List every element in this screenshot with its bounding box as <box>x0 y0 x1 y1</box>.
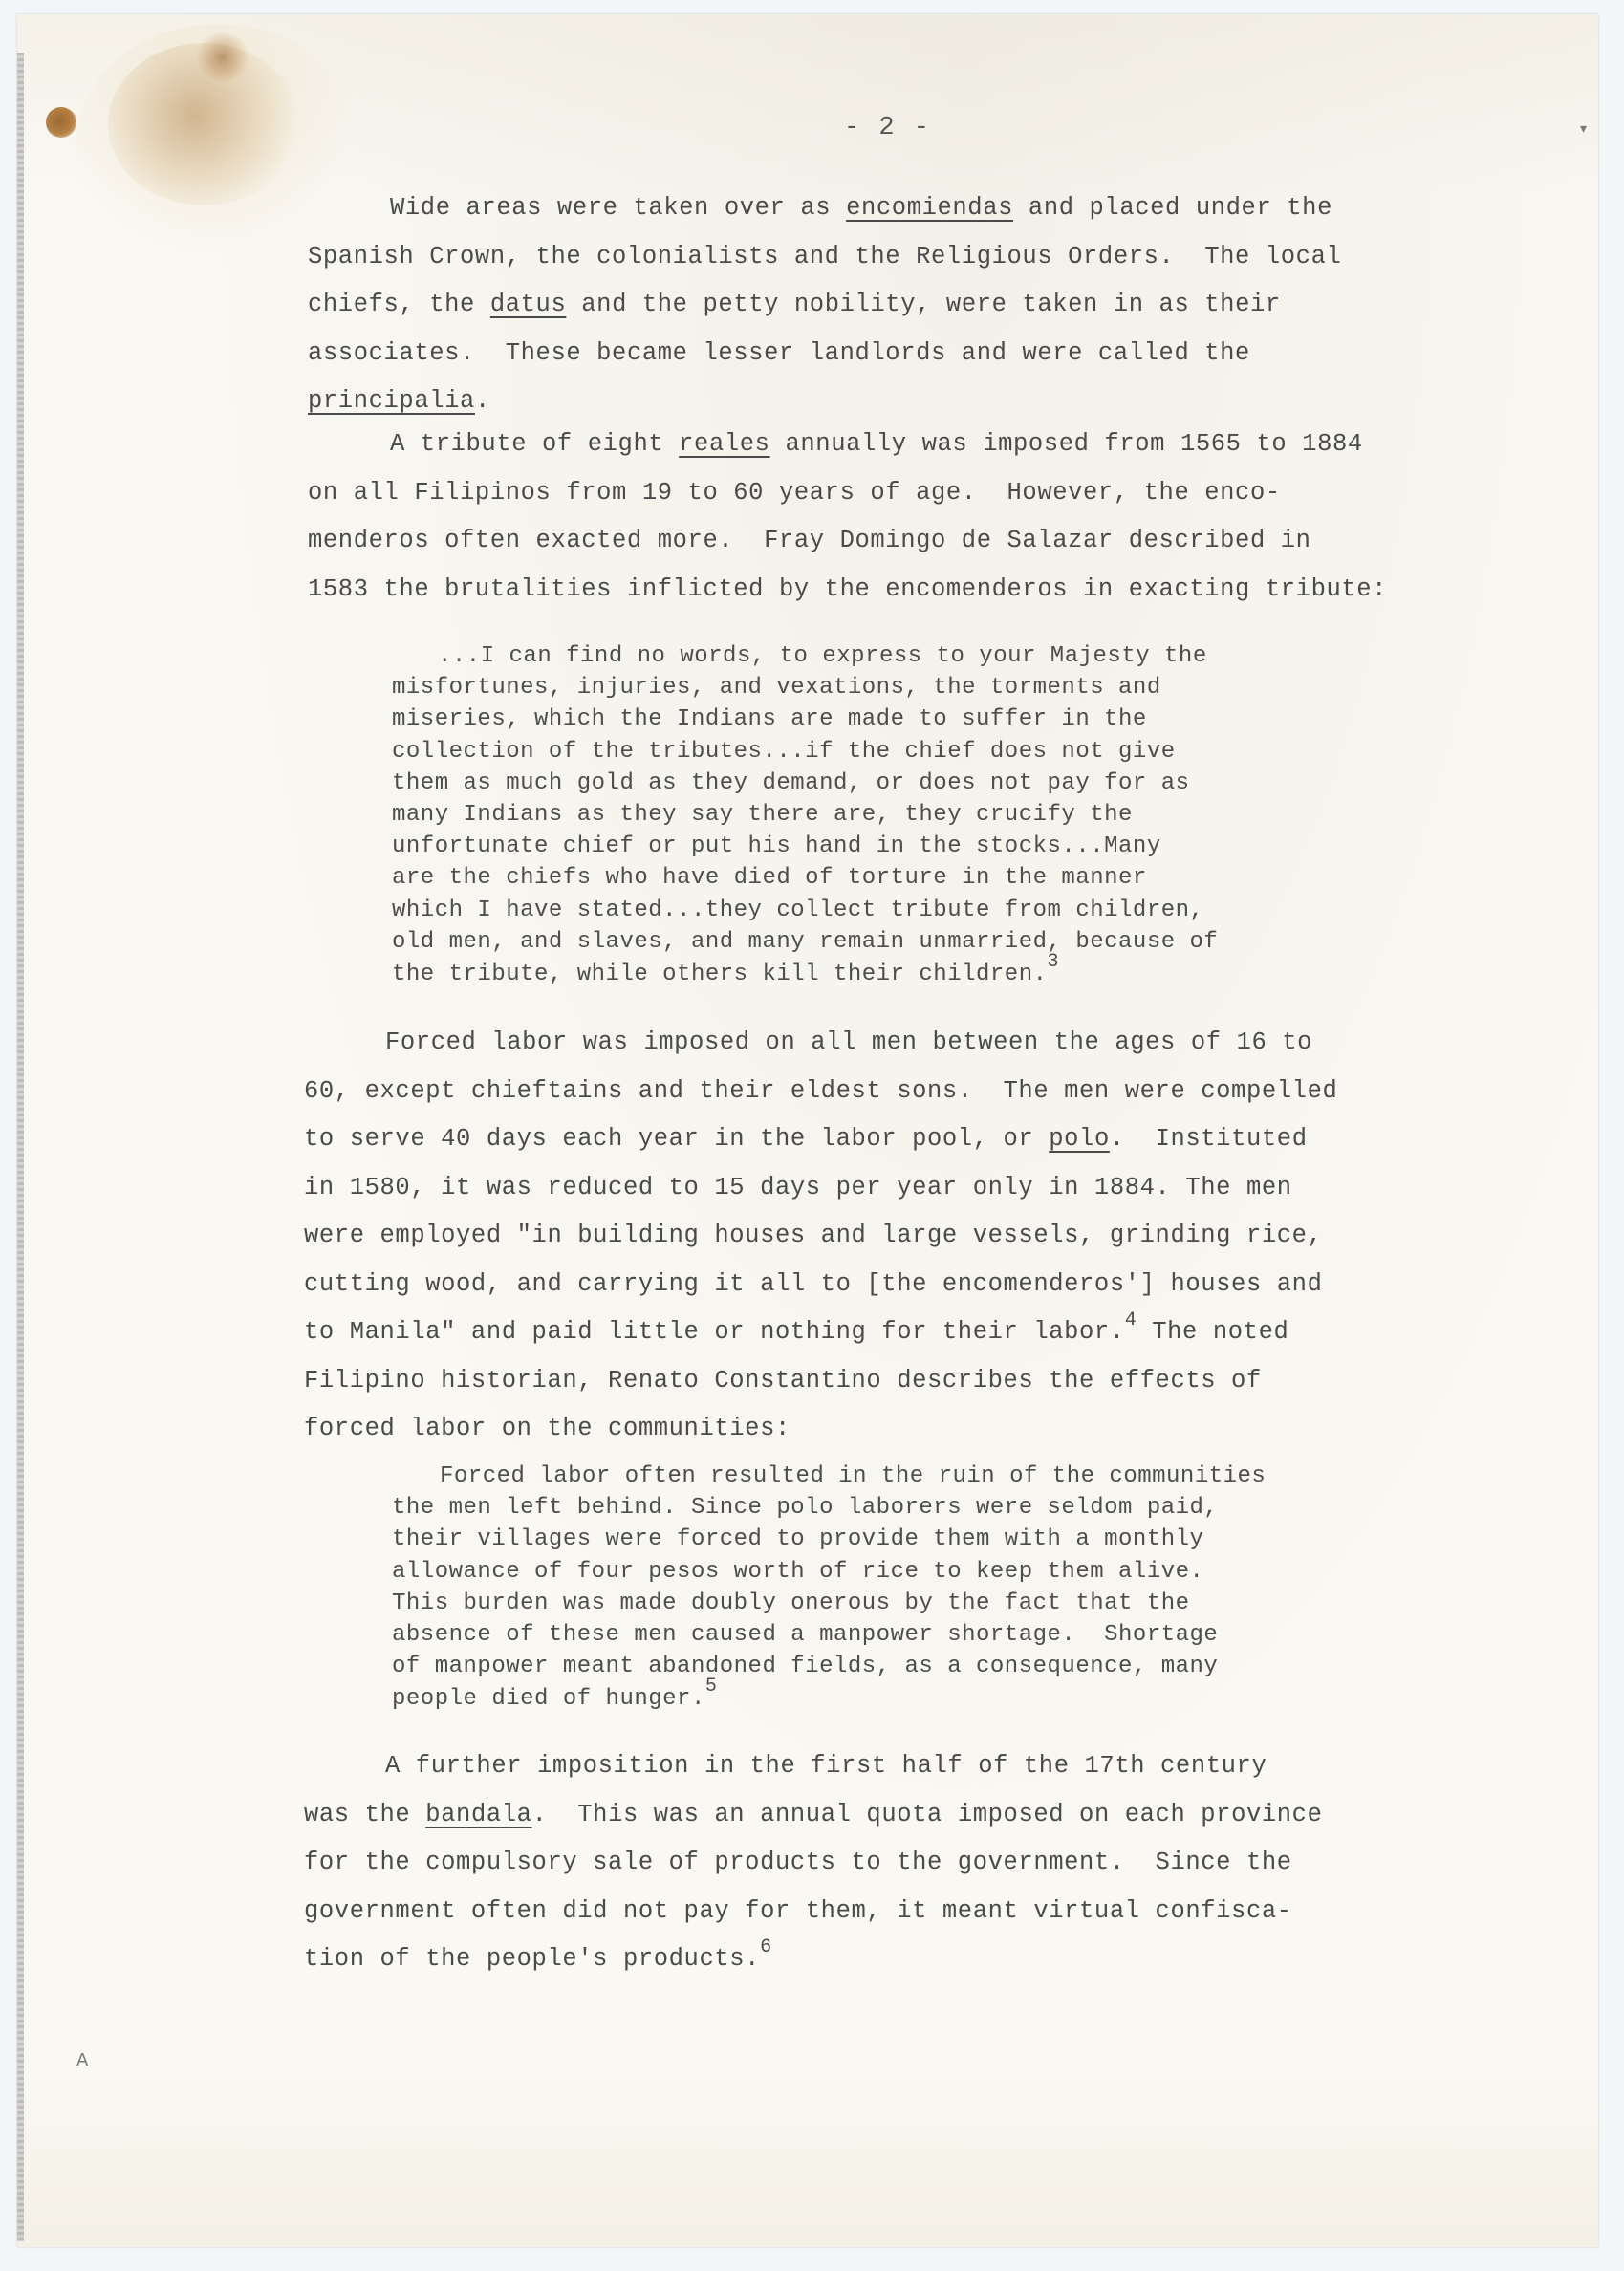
text-line: was the bandala. This was an annual quot… <box>304 1803 1323 1828</box>
text-line: in 1580, it was reduced to 15 days per y… <box>304 1176 1292 1200</box>
underlined-term: polo <box>1049 1125 1110 1153</box>
text-segment: and placed under the <box>1013 194 1332 222</box>
text-segment: to serve 40 days each year in the labor … <box>304 1125 1049 1153</box>
quote-line: miseries, which the Indians are made to … <box>392 708 1147 731</box>
text-line: chiefs, the datus and the petty nobility… <box>308 292 1281 317</box>
text-line: to Manila" and paid little or nothing fo… <box>304 1320 1288 1345</box>
quote-line: are the chiefs who have died of torture … <box>392 867 1147 890</box>
text-line: for the compulsory sale of products to t… <box>304 1850 1292 1875</box>
text-segment: annually was imposed from 1565 to 1884 <box>770 430 1363 458</box>
text-segment: them as much gold as they demand, or doe… <box>392 770 1190 796</box>
underlined-term: reales <box>679 430 769 458</box>
text-segment: people died of hunger. <box>392 1686 705 1712</box>
footnote-ref: 3 <box>1048 951 1060 973</box>
text-segment: ...I can find no words, to express to yo… <box>438 643 1207 669</box>
coffee-stain-dot <box>46 107 76 138</box>
text-segment: . This was an annual quota imposed on ea… <box>532 1801 1323 1828</box>
text-segment: tion of the people's products. <box>304 1945 760 1973</box>
text-line: associates. These became lesser landlord… <box>308 341 1250 366</box>
text-line: principalia. <box>308 389 490 414</box>
text-line: tion of the people's products.6 <box>304 1947 772 1972</box>
text-segment: the men left behind. Since polo laborers… <box>392 1495 1218 1521</box>
text-segment: Wide areas were taken over as <box>390 194 846 222</box>
text-segment: The noted <box>1137 1318 1288 1346</box>
text-segment: and the petty nobility, were taken in as… <box>566 291 1280 318</box>
page-number: - 2 - <box>844 114 931 142</box>
text-segment: in 1580, it was reduced to 15 days per y… <box>304 1174 1292 1201</box>
quote-line: ...I can find no words, to express to yo… <box>438 645 1207 668</box>
text-segment: government often did not pay for them, i… <box>304 1897 1292 1925</box>
text-line: cutting wood, and carrying it all to [th… <box>304 1272 1322 1297</box>
text-segment: associates. These became lesser landlord… <box>308 339 1250 367</box>
text-segment: forced labor on the communities: <box>304 1415 790 1442</box>
text-line: government often did not pay for them, i… <box>304 1899 1292 1924</box>
text-segment: were employed "in building houses and la… <box>304 1222 1322 1249</box>
underlined-term: datus <box>490 291 567 318</box>
text-segment: for the compulsory sale of products to t… <box>304 1849 1292 1876</box>
quote-line: allowance of four pesos worth of rice to… <box>392 1561 1203 1584</box>
quote-line: collection of the tributes...if the chie… <box>392 741 1176 764</box>
quote-line: This burden was made doubly onerous by t… <box>392 1592 1190 1615</box>
document-page: - 2 - Wide areas were taken over as enco… <box>17 14 1598 2247</box>
underlined-term: bandala <box>425 1801 531 1828</box>
text-segment: A tribute of eight <box>390 430 679 458</box>
text-segment: chiefs, the <box>308 291 490 318</box>
text-segment: Spanish Crown, the colonialists and the … <box>308 243 1341 270</box>
quote-line: which I have stated...they collect tribu… <box>392 899 1203 922</box>
text-segment: Forced labor was imposed on all men betw… <box>385 1028 1312 1056</box>
quote-line: the men left behind. Since polo laborers… <box>392 1497 1218 1520</box>
text-segment: misfortunes, injuries, and vexations, th… <box>392 675 1161 701</box>
text-segment: are the chiefs who have died of torture … <box>392 865 1147 891</box>
text-segment: allowance of four pesos worth of rice to… <box>392 1559 1203 1585</box>
footnote-ref: 6 <box>760 1936 772 1958</box>
text-segment: the tribute, while others kill their chi… <box>392 962 1048 987</box>
text-line: A further imposition in the first half o… <box>385 1754 1267 1779</box>
text-segment: was the <box>304 1801 425 1828</box>
text-segment: old men, and slaves, and many remain unm… <box>392 929 1218 955</box>
text-line: were employed "in building houses and la… <box>304 1223 1322 1248</box>
binding-edge <box>17 53 24 2241</box>
footnote-ref: 5 <box>705 1676 718 1698</box>
text-line: Wide areas were taken over as encomienda… <box>390 196 1332 221</box>
quote-line: their villages were forced to provide th… <box>392 1528 1203 1551</box>
text-segment: unfortunate chief or put his hand in the… <box>392 833 1161 859</box>
text-segment: many Indians as they say there are, they… <box>392 802 1133 828</box>
text-segment: miseries, which the Indians are made to … <box>392 706 1147 732</box>
text-segment: absence of these men caused a manpower s… <box>392 1622 1218 1648</box>
text-segment: 1583 the brutalities inflicted by the en… <box>308 575 1387 603</box>
quote-line: of manpower meant abandoned fields, as a… <box>392 1655 1218 1678</box>
text-segment: cutting wood, and carrying it all to [th… <box>304 1270 1322 1298</box>
text-segment: Filipino historian, Renato Constantino d… <box>304 1367 1262 1395</box>
text-line: 1583 the brutalities inflicted by the en… <box>308 577 1387 602</box>
text-segment: to Manila" and paid little or nothing fo… <box>304 1318 1125 1346</box>
quote-line: Forced labor often resulted in the ruin … <box>440 1465 1266 1488</box>
quote-line: the tribute, while others kill their chi… <box>392 962 1059 986</box>
text-line: Forced labor was imposed on all men betw… <box>385 1030 1312 1055</box>
quote-line: them as much gold as they demand, or doe… <box>392 772 1190 795</box>
coffee-stain-small <box>194 33 251 81</box>
margin-tick-mark: ▾ <box>1580 121 1587 137</box>
text-line: forced labor on the communities: <box>304 1417 790 1441</box>
text-line: A tribute of eight reales annually was i… <box>390 432 1363 457</box>
text-line: on all Filipinos from 19 to 60 years of … <box>308 481 1281 506</box>
quote-line: many Indians as they say there are, they… <box>392 804 1133 827</box>
text-segment: on all Filipinos from 19 to 60 years of … <box>308 479 1281 507</box>
text-segment: which I have stated...they collect tribu… <box>392 898 1203 923</box>
text-line: menderos often exacted more. Fray Doming… <box>308 529 1311 553</box>
quote-line: old men, and slaves, and many remain unm… <box>392 931 1218 954</box>
quote-line: people died of hunger.5 <box>392 1687 717 1711</box>
text-segment: 60, except chieftains and their eldest s… <box>304 1077 1337 1105</box>
text-segment: menderos often exacted more. Fray Doming… <box>308 527 1311 554</box>
text-line: 60, except chieftains and their eldest s… <box>304 1079 1337 1104</box>
quote-line: misfortunes, injuries, and vexations, th… <box>392 677 1161 700</box>
text-segment: collection of the tributes...if the chie… <box>392 739 1176 765</box>
quote-line: absence of these men caused a manpower s… <box>392 1624 1218 1647</box>
text-segment: of manpower meant abandoned fields, as a… <box>392 1654 1218 1679</box>
text-line: Filipino historian, Renato Constantino d… <box>304 1369 1262 1394</box>
text-segment: their villages were forced to provide th… <box>392 1526 1203 1552</box>
text-line: to serve 40 days each year in the labor … <box>304 1127 1308 1152</box>
footnote-ref: 4 <box>1125 1309 1137 1331</box>
margin-letter-mark: A <box>76 2050 88 2070</box>
text-segment: Forced labor often resulted in the ruin … <box>440 1463 1266 1489</box>
text-line: Spanish Crown, the colonialists and the … <box>308 245 1341 270</box>
underlined-term: principalia <box>308 387 475 415</box>
text-segment: A further imposition in the first half o… <box>385 1752 1267 1780</box>
text-segment: . <box>475 387 490 415</box>
quote-line: unfortunate chief or put his hand in the… <box>392 835 1161 858</box>
underlined-term: encomiendas <box>846 194 1013 222</box>
text-segment: This burden was made doubly onerous by t… <box>392 1590 1190 1616</box>
text-segment: . Instituted <box>1110 1125 1308 1153</box>
